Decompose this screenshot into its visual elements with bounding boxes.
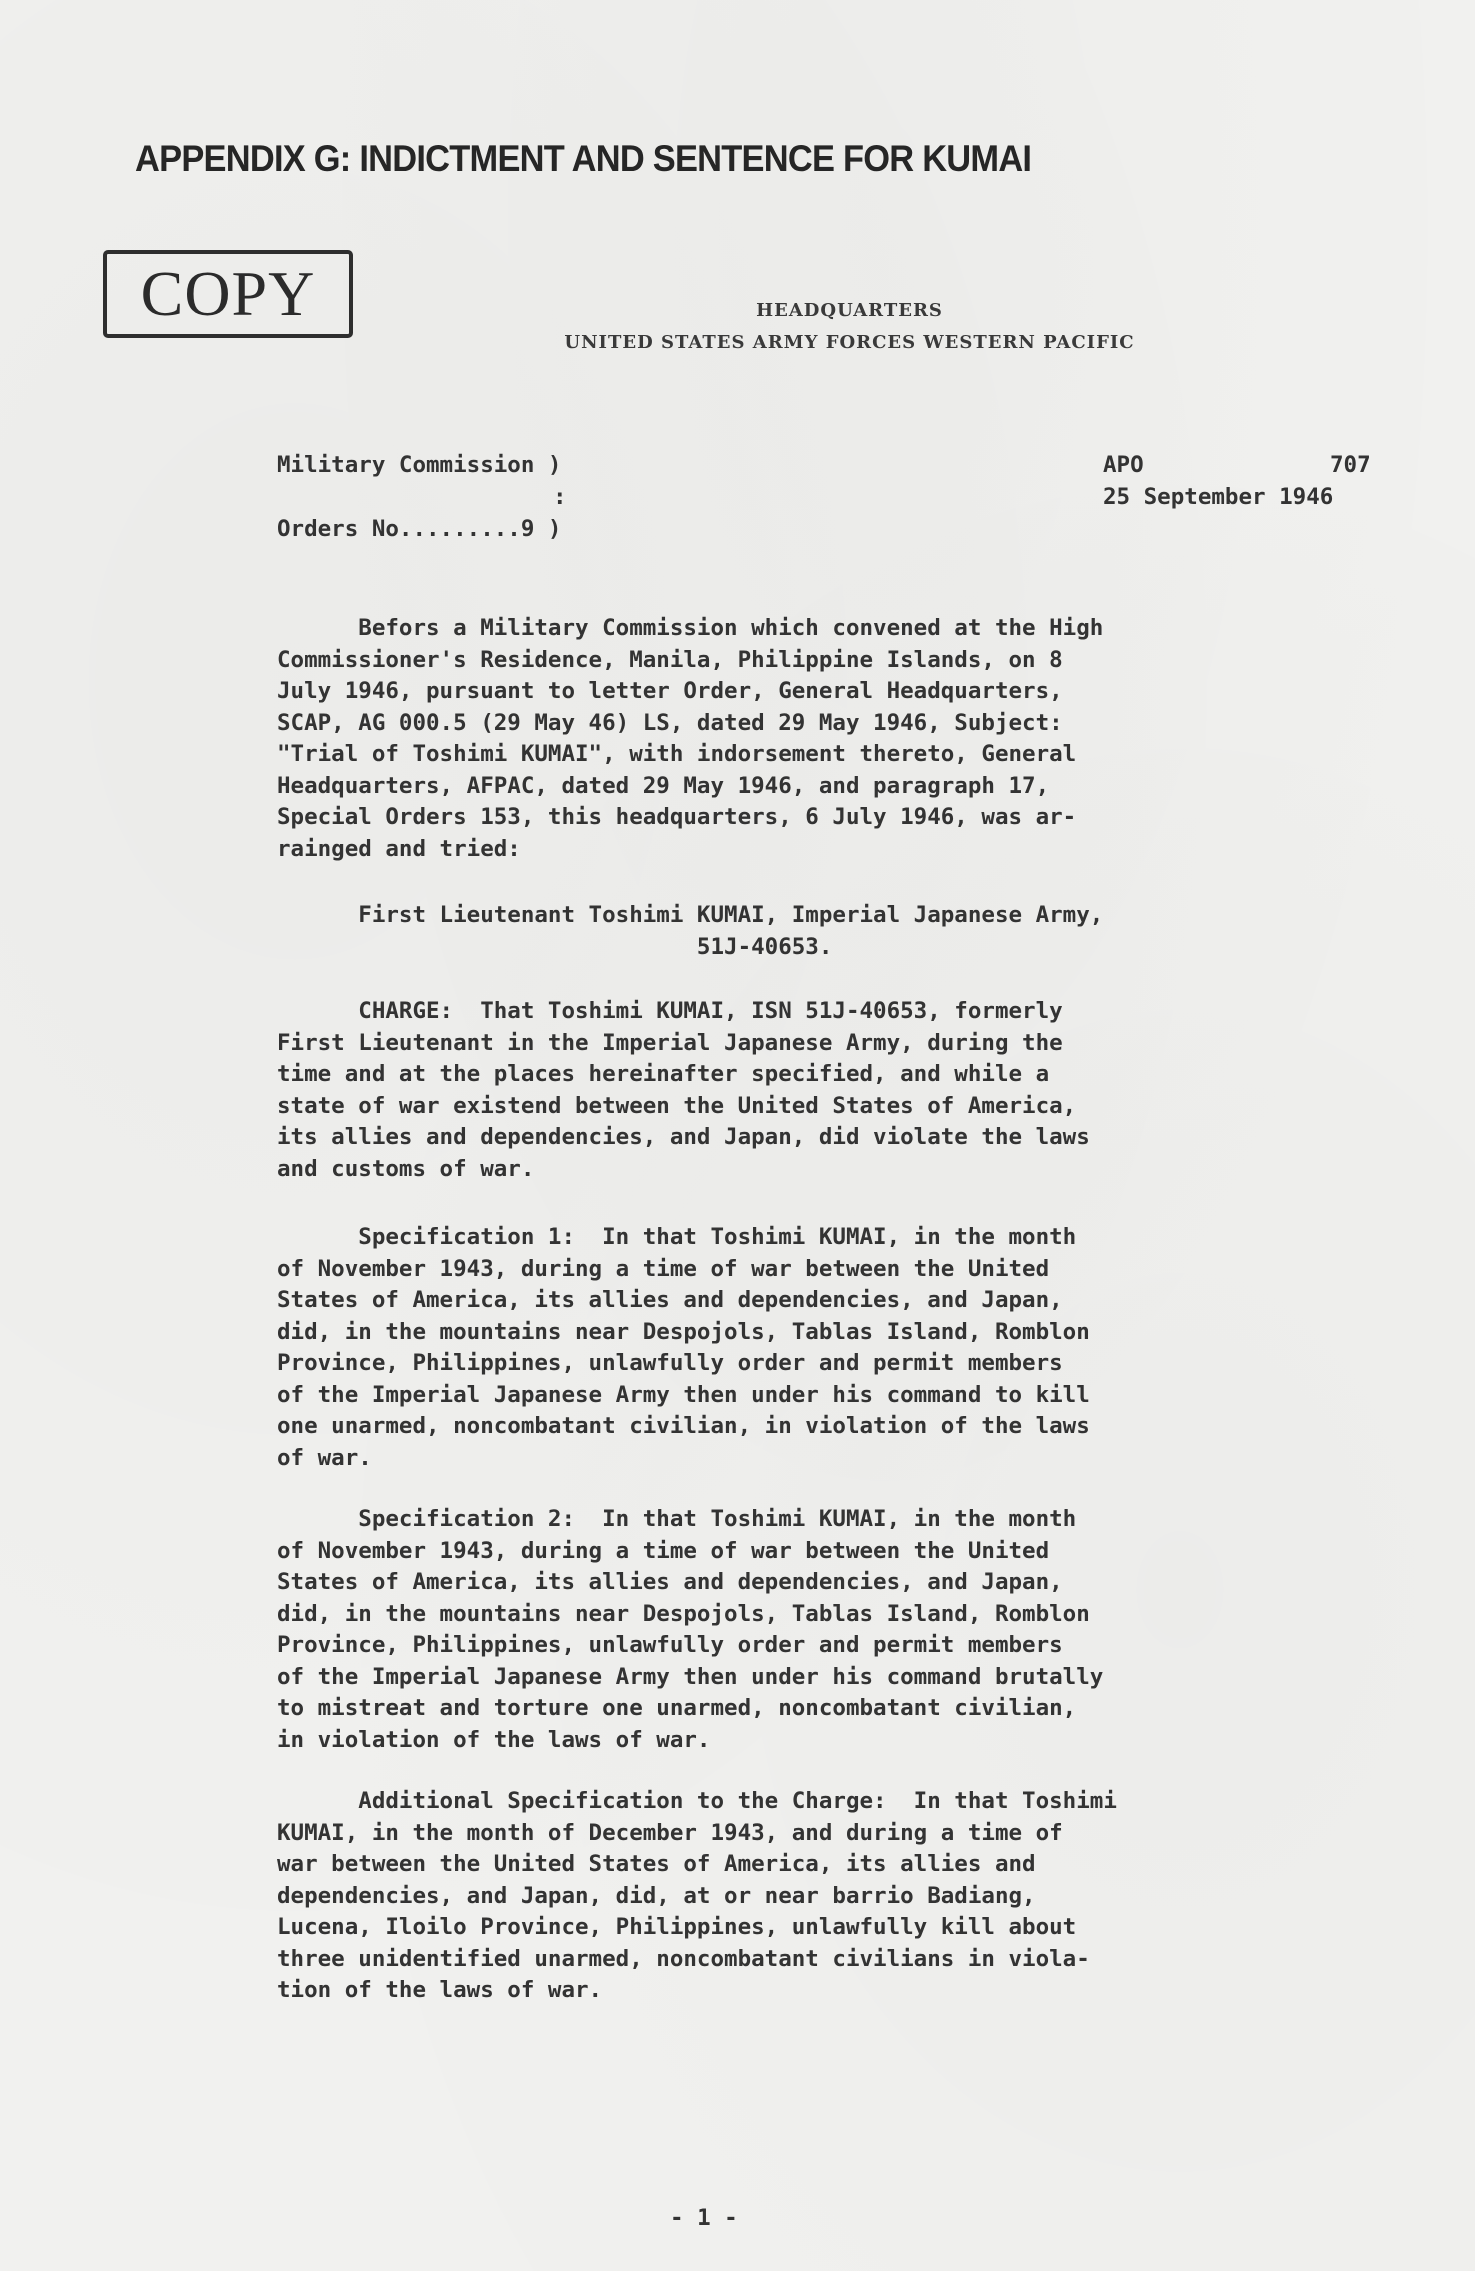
text-line: States of America, its allies and depend…	[277, 1285, 1090, 1317]
text-line: of the Imperial Japanese Army then under…	[277, 1380, 1090, 1412]
copy-stamp: COPY	[103, 250, 353, 338]
orders-block-number: Orders No.........9 )	[277, 516, 561, 542]
orders-block-commission: Military Commission )	[277, 452, 561, 478]
text-line: and customs of war.	[277, 1154, 1090, 1186]
text-line: of November 1943, during a time of war b…	[277, 1536, 1103, 1568]
charge-paragraph: CHARGE: That Toshimi KUMAI, ISN 51J-4065…	[277, 996, 1090, 1185]
apo-label: APO	[1103, 452, 1144, 478]
text-line: Headquarters, AFPAC, dated 29 May 1946, …	[277, 771, 1103, 803]
text-line: Additional Specification to the Charge: …	[277, 1786, 1117, 1818]
additional-specification-paragraph: Additional Specification to the Charge: …	[277, 1786, 1117, 2007]
specification-2-paragraph: Specification 2: In that Toshimi KUMAI, …	[277, 1504, 1103, 1756]
text-line: Lucena, Iloilo Province, Philippines, un…	[277, 1912, 1117, 1944]
text-line: Province, Philippines, unlawfully order …	[277, 1348, 1090, 1380]
text-line: "Trial of Toshimi KUMAI", with indorseme…	[277, 739, 1103, 771]
text-line: CHARGE: That Toshimi KUMAI, ISN 51J-4065…	[277, 996, 1090, 1028]
appendix-title: APPENDIX G: INDICTMENT AND SENTENCE FOR …	[135, 138, 1031, 180]
text-line: did, in the mountains near Despojols, Ta…	[277, 1317, 1090, 1349]
text-line: time and at the places hereinafter speci…	[277, 1059, 1090, 1091]
text-line: First Lieutenant Toshimi KUMAI, Imperial…	[277, 900, 1103, 932]
text-line: in violation of the laws of war.	[277, 1725, 1103, 1757]
text-line: SCAP, AG 000.5 (29 May 46) LS, dated 29 …	[277, 708, 1103, 740]
text-line: rainged and tried:	[277, 834, 1103, 866]
text-line: Befors a Military Commission which conve…	[277, 613, 1103, 645]
text-line: of war.	[277, 1443, 1090, 1475]
apo-number: 707	[1330, 452, 1371, 478]
order-date: 25 September 1946	[1103, 484, 1333, 510]
text-line: dependencies, and Japan, did, at or near…	[277, 1881, 1117, 1913]
intro-paragraph: Befors a Military Commission which conve…	[277, 613, 1103, 865]
text-line: 51J-40653.	[277, 932, 1103, 964]
text-line: did, in the mountains near Despojols, Ta…	[277, 1599, 1103, 1631]
text-line: States of America, its allies and depend…	[277, 1567, 1103, 1599]
text-line: one unarmed, noncombatant civilian, in v…	[277, 1411, 1090, 1443]
text-line: Special Orders 153, this headquarters, 6…	[277, 802, 1103, 834]
text-line: tion of the laws of war.	[277, 1975, 1117, 2007]
text-line: Commissioner's Residence, Manila, Philip…	[277, 645, 1103, 677]
text-line: state of war existend between the United…	[277, 1091, 1090, 1123]
text-line: to mistreat and torture one unarmed, non…	[277, 1693, 1103, 1725]
text-line: of the Imperial Japanese Army then under…	[277, 1662, 1103, 1694]
text-line: of November 1943, during a time of war b…	[277, 1254, 1090, 1286]
orders-block-colon: :	[553, 484, 567, 510]
text-line: three unidentified unarmed, noncombatant…	[277, 1944, 1117, 1976]
header-organization: UNITED STATES ARMY FORCES WESTERN PACIFI…	[112, 332, 1475, 353]
text-line: KUMAI, in the month of December 1943, an…	[277, 1818, 1117, 1850]
text-line: Specification 2: In that Toshimi KUMAI, …	[277, 1504, 1103, 1536]
header-headquarters: HEADQUARTERS	[112, 300, 1475, 321]
page-number: - 1 -	[670, 2205, 738, 2231]
text-line: Province, Philippines, unlawfully order …	[277, 1630, 1103, 1662]
accused-paragraph: First Lieutenant Toshimi KUMAI, Imperial…	[277, 900, 1103, 963]
text-line: war between the United States of America…	[277, 1849, 1117, 1881]
text-line: Specification 1: In that Toshimi KUMAI, …	[277, 1222, 1090, 1254]
text-line: its allies and dependencies, and Japan, …	[277, 1122, 1090, 1154]
text-line: First Lieutenant in the Imperial Japanes…	[277, 1028, 1090, 1060]
text-line: July 1946, pursuant to letter Order, Gen…	[277, 676, 1103, 708]
specification-1-paragraph: Specification 1: In that Toshimi KUMAI, …	[277, 1222, 1090, 1474]
